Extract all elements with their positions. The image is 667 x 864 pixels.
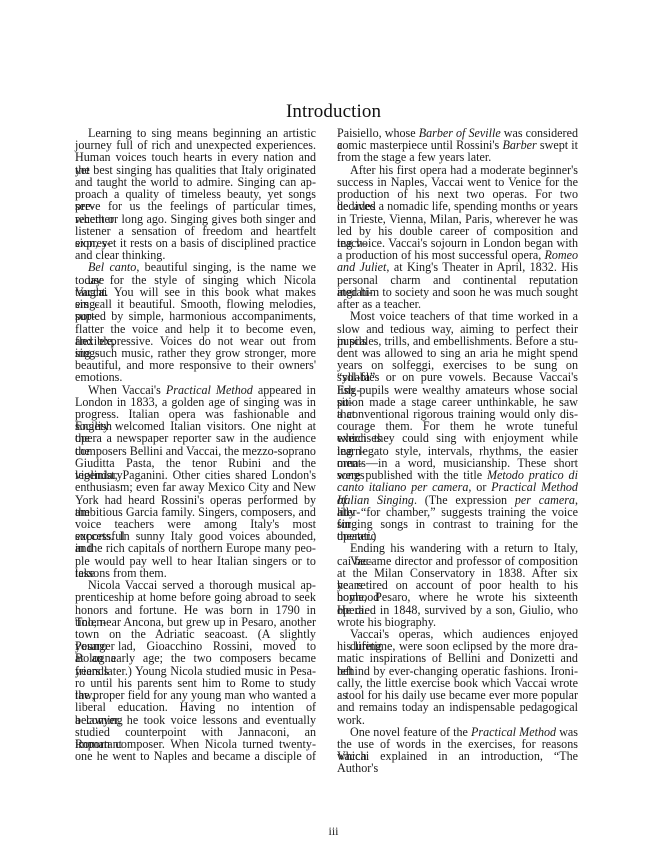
document-page: Introduction Learning to sing means begi… bbox=[0, 0, 667, 864]
text-line: one he went to Naples and became a disci… bbox=[75, 750, 316, 762]
page-number: iii bbox=[0, 824, 667, 839]
text-line: Vaccai explained in an introduction, “Th… bbox=[337, 750, 578, 762]
right-column: Paisiello, whose Barber of Seville was c… bbox=[337, 127, 578, 762]
text-line: and remains today an indispensable pedag… bbox=[337, 701, 578, 713]
left-column: Learning to sing means beginning an arti… bbox=[75, 127, 316, 762]
page-title: Introduction bbox=[0, 101, 667, 123]
